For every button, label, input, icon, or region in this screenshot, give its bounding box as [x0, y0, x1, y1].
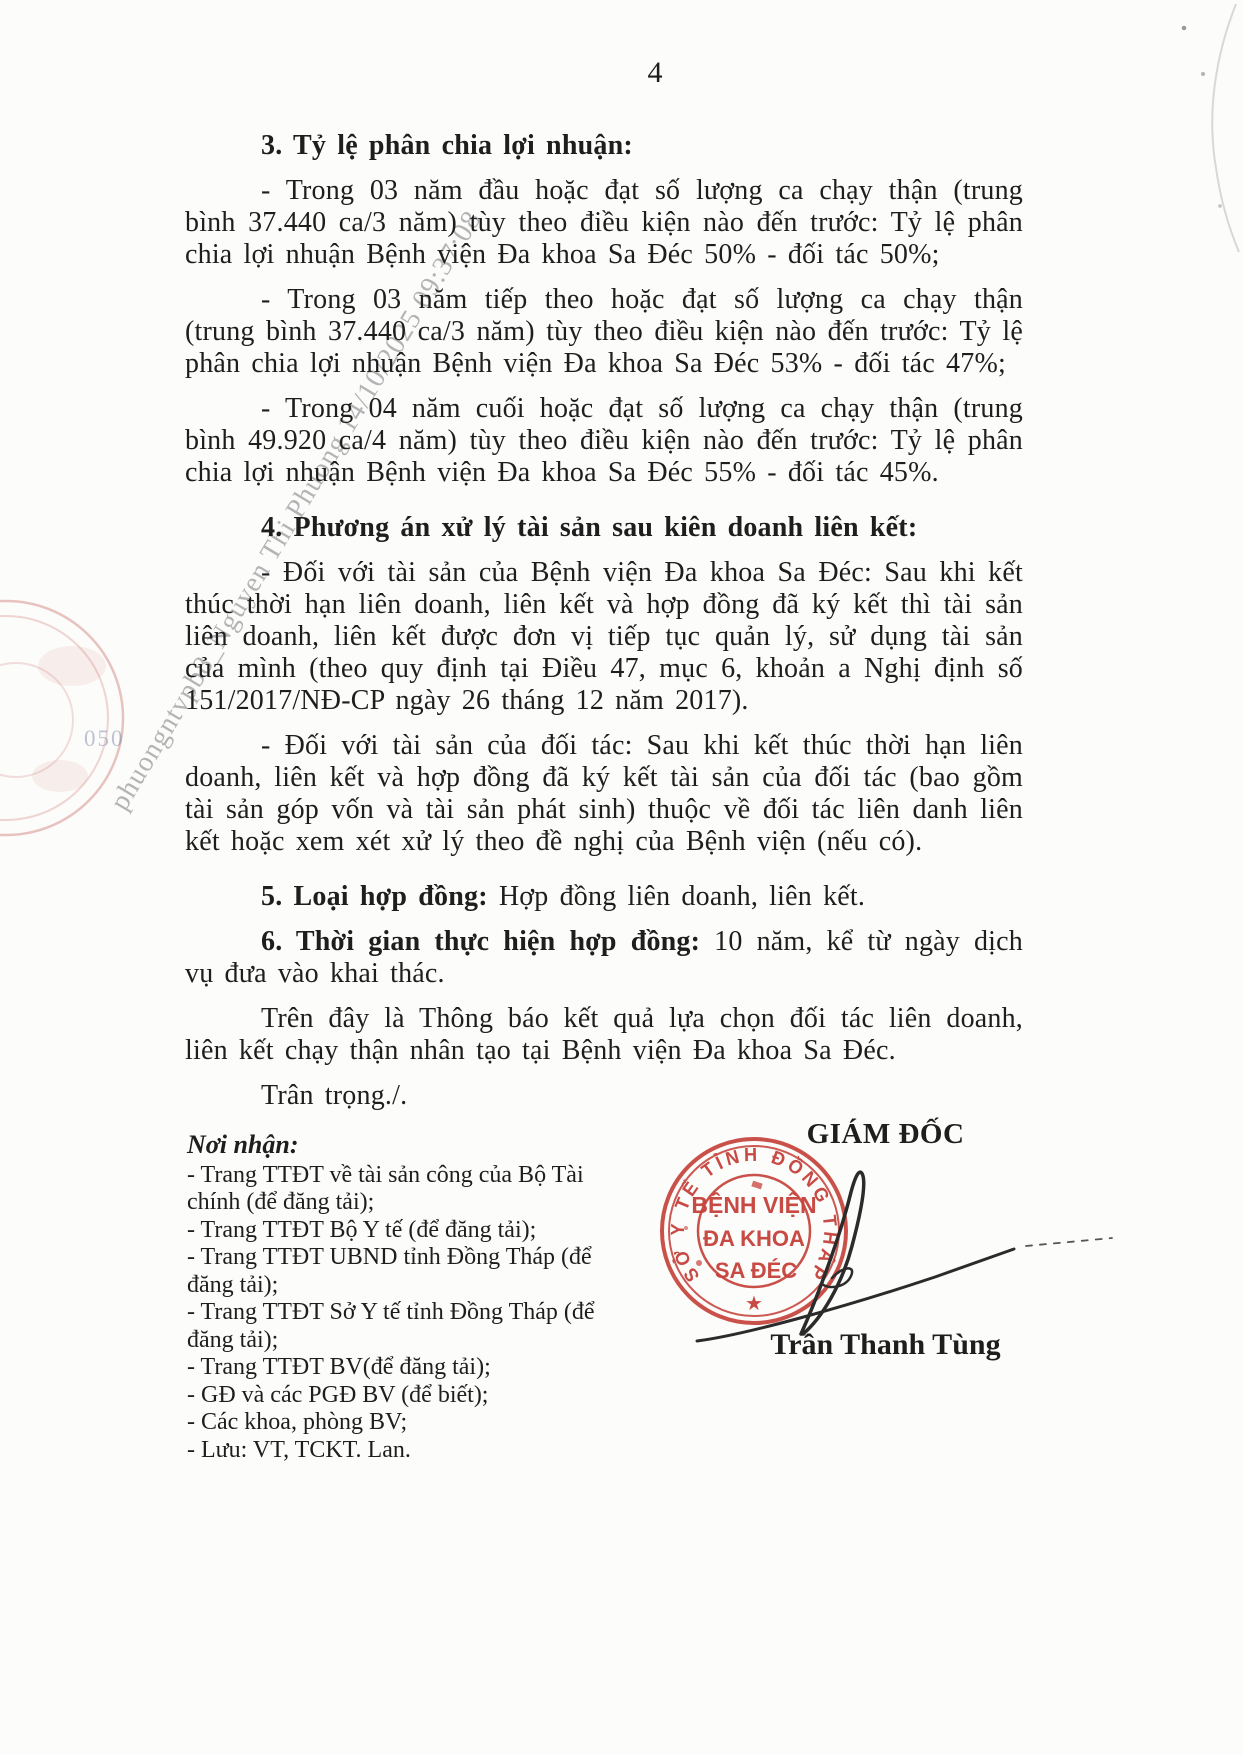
section-5-text: Hợp đồng liên doanh, liên kết. — [499, 881, 865, 912]
recipient-item: - Trang TTĐT BV(để đăng tải); — [187, 1354, 597, 1382]
page-number: 4 — [600, 56, 710, 90]
recipients-block: Nơi nhận: - Trang TTĐT về tài sản công c… — [187, 1131, 597, 1464]
faint-digits-artifact: 050 — [84, 726, 125, 751]
closing-paragraph: Trên đây là Thông báo kết quả lựa chọn đ… — [185, 1003, 1023, 1067]
section-6-line: 6. Thời gian thực hiện hợp đồng: 10 năm,… — [185, 926, 1023, 990]
section-5-label: 5. Loại hợp đồng: — [261, 881, 488, 912]
scan-edge-artifact — [1160, 0, 1242, 260]
paragraph-assets-hospital: - Đối với tài sản của Bệnh viện Đa khoa … — [185, 557, 1023, 717]
recipient-item: - Lưu: VT, TCKT. Lan. — [187, 1437, 597, 1465]
section-6-label: 6. Thời gian thực hiện hợp đồng: — [261, 926, 700, 957]
paragraph-assets-partner: - Đối với tài sản của đối tác: Sau khi k… — [185, 730, 1023, 858]
stamp-star-icon: ★ — [745, 1293, 763, 1315]
stamp-mark — [751, 1181, 762, 1190]
document-page: 4 050 phuongntvpb8_Nguyen Thi Phuong 14/… — [0, 0, 1242, 1755]
paragraph-profit-3: - Trong 04 năm cuối hoặc đạt số lượng ca… — [185, 393, 1023, 489]
section-3-heading-text: 3. Tỷ lệ phân chia lợi nhuận: — [261, 130, 633, 161]
stamp-line3: SA ĐÉC — [715, 1258, 797, 1283]
stamp-line2: ĐA KHOA — [703, 1226, 805, 1251]
paragraph-profit-1: - Trong 03 năm đầu hoặc đạt số lượng ca … — [185, 175, 1023, 271]
recipients-title: Nơi nhận: — [187, 1131, 597, 1159]
section-5-line: 5. Loại hợp đồng: Hợp đồng liên doanh, l… — [185, 881, 1023, 913]
section-4-heading: 4. Phương án xử lý tài sản sau kiên doan… — [185, 512, 1023, 544]
section-3-heading: 3. Tỷ lệ phân chia lợi nhuận: — [185, 130, 1023, 162]
stamp-mark — [684, 1226, 688, 1230]
recipient-item: - Trang TTĐT về tài sản công của Bộ Tài … — [187, 1162, 597, 1217]
stamp-line1: BỆNH VIỆN — [691, 1191, 816, 1218]
paragraph-profit-2: - Trong 03 năm tiếp theo hoặc đạt số lượ… — [185, 284, 1023, 380]
stamp-mark — [696, 1260, 702, 1266]
stamp-and-signature: SỞ Y TẾ TỈNH ĐỒNG THÁP BỆNH VIỆN ĐA KHOA… — [630, 1108, 1140, 1390]
recipient-item: - Trang TTĐT Sở Y tế tỉnh Đồng Tháp (để … — [187, 1299, 597, 1354]
recipient-item: - Các khoa, phòng BV; — [187, 1409, 597, 1437]
section-4-heading-text: 4. Phương án xử lý tài sản sau kiên doan… — [261, 512, 917, 543]
recipient-item: - GĐ và các PGĐ BV (để biết); — [187, 1382, 597, 1410]
recipient-item: - Trang TTĐT UBND tỉnh Đồng Tháp (để đăn… — [187, 1244, 597, 1299]
document-body: 3. Tỷ lệ phân chia lợi nhuận: - Trong 03… — [185, 130, 1023, 1112]
recipient-item: - Trang TTĐT Bộ Y tế (để đăng tải); — [187, 1217, 597, 1245]
